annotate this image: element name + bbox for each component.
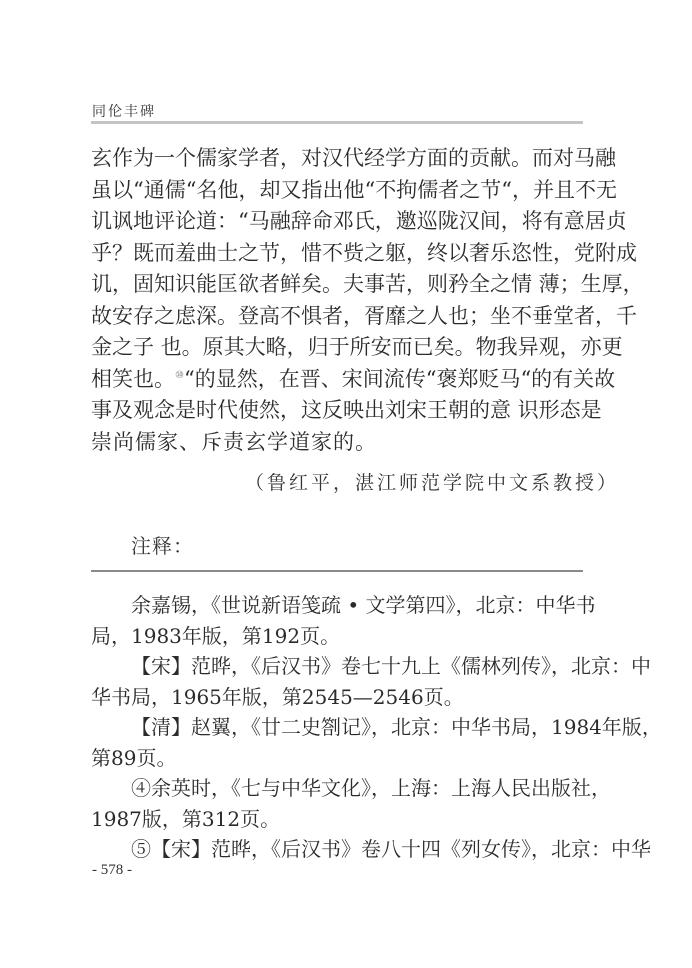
note-item: 【宋】范晔，《后汉书》卷七十九上《儒林列传》，北京：中 华书局，1965年版，第… [91, 651, 583, 712]
page-number: - 578 - [92, 862, 132, 879]
body-text-segment: “的显然，在晋、宋间流传“褒郑贬马“的有关故 [184, 367, 615, 391]
note-item: ⑤【宋】范晔，《后汉书》卷八十四《列女传》，北京：中华 [91, 834, 583, 865]
note-line-continuation: 1987版，第312页。 [91, 804, 583, 835]
note-item: 【清】赵翼，《廿二史劄记》，北京：中华书局，1984年版， 第89页。 [91, 712, 583, 773]
note-line: ④余英时，《七与中华文化》，上海：上海人民出版社， [91, 773, 583, 804]
note-line: ⑤【宋】范晔，《后汉书》卷八十四《列女传》，北京：中华 [91, 834, 583, 865]
note-line-continuation: 局，1983年版，第192页。 [91, 621, 583, 652]
body-line: 讥讽地评论道：“马融辞命邓氏，邀巡陇汉间，将有意居贞 [91, 206, 583, 238]
footnote-reference-marker[interactable]: ⑩ [175, 370, 184, 381]
note-line: 余嘉锡，《世说新语笺疏 • 文学第四》，北京：中华书 [91, 590, 583, 621]
notes-divider [91, 570, 583, 572]
body-line: 玄作为一个儒家学者，对汉代经学方面的贡献。而对马融 [91, 143, 583, 175]
body-line-last: 崇尚儒家、斥责玄学道家的。 [91, 427, 583, 459]
note-line: 【清】赵翼，《廿二史劄记》，北京：中华书局，1984年版， [91, 712, 583, 743]
body-paragraph: 玄作为一个儒家学者，对汉代经学方面的贡献。而对马融 虽以“通儒“名他，却又指出他… [91, 143, 583, 458]
body-line: 虽以“通儒“名他，却又指出他“不拘儒者之节“，并且不无 [91, 175, 583, 207]
author-signature: （鲁红平，湛江师范学院中文系教授） [245, 468, 619, 495]
body-text-segment: 相笑也。 [91, 367, 175, 391]
note-item: 余嘉锡，《世说新语笺疏 • 文学第四》，北京：中华书 局，1983年版，第192… [91, 590, 583, 651]
body-line: 金之子 也。原其大略，归于所安而已矣。物我异观，亦更 [91, 332, 583, 364]
notes-heading: 注释： [131, 530, 194, 559]
body-line: 事及观念是时代使然，这反映出刘宋王朝的意 识形态是 [91, 395, 583, 427]
body-line-with-footnote: 相笑也。⑩“的显然，在晋、宋间流传“褒郑贬马“的有关故 [91, 364, 583, 396]
header-divider [91, 121, 583, 124]
note-item: ④余英时，《七与中华文化》，上海：上海人民出版社， 1987版，第312页。 [91, 773, 583, 834]
body-line: 讥，固知识能匡欲者鲜矣。夫事苦，则矜全之情 薄；生厚， [91, 269, 583, 301]
note-line-continuation: 华书局，1965年版，第2545—2546页。 [91, 682, 583, 713]
body-line: 故安存之虑深。登高不惧者，胥靡之人也；坐不垂堂者，千 [91, 301, 583, 333]
note-line: 【宋】范晔，《后汉书》卷七十九上《儒林列传》，北京：中 [91, 651, 583, 682]
note-line-continuation: 第89页。 [91, 743, 583, 774]
notes-list: 余嘉锡，《世说新语笺疏 • 文学第四》，北京：中华书 局，1983年版，第192… [91, 590, 583, 865]
body-line: 乎？既而羞曲士之节，惜不赀之躯，终以奢乐恣性，党附成 [91, 238, 583, 270]
running-head-title: 同伦丰碑 [92, 101, 156, 121]
